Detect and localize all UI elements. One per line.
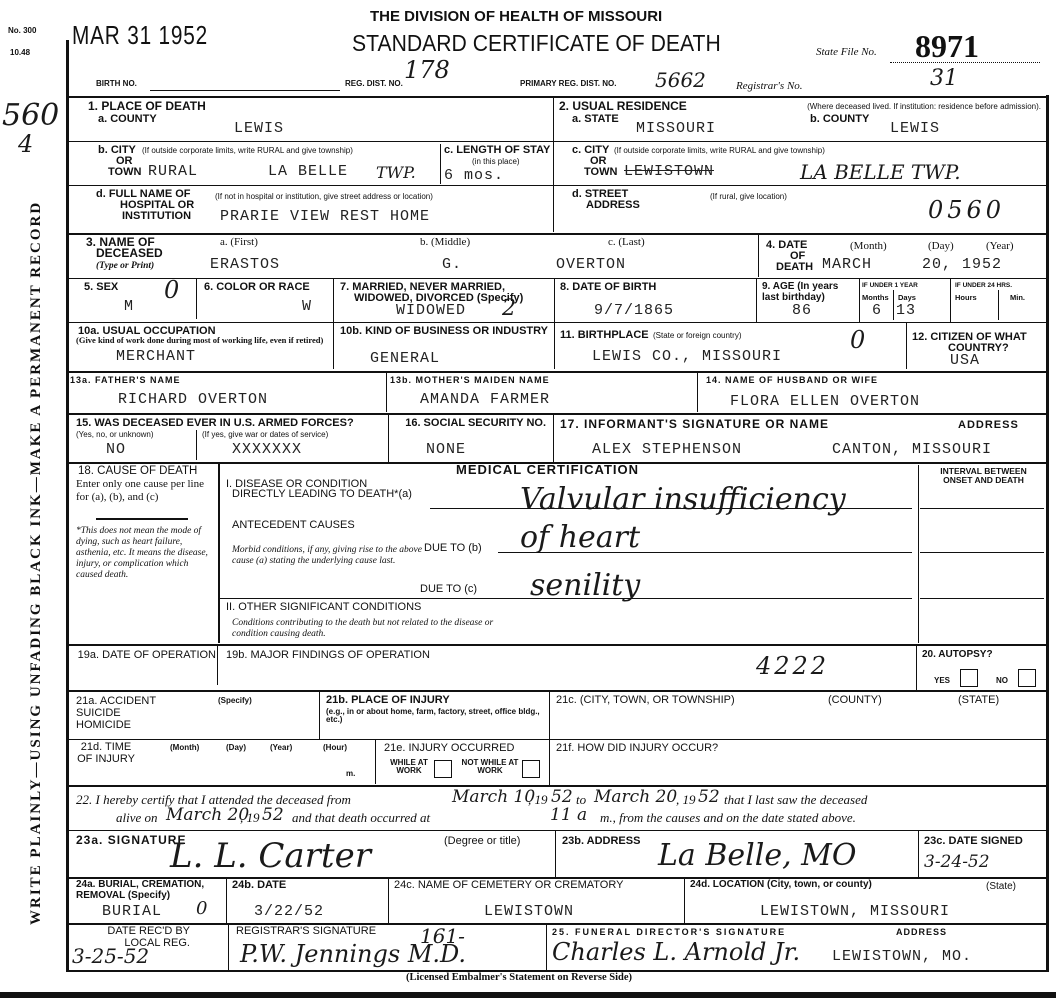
rule: [66, 690, 1049, 692]
injury-time-year: (Year): [270, 744, 292, 752]
burial-code: 0: [196, 898, 207, 919]
interval-line: [920, 552, 1044, 553]
cert-alive-year: 52: [262, 805, 284, 825]
rule: [333, 322, 1046, 323]
autopsy-yes-label: YES: [934, 677, 950, 685]
margin-instruction: WRITE PLAINLY—USING UNFADING BLACK INK—M…: [28, 201, 45, 925]
divider: [226, 878, 227, 924]
autopsy-no-label: NO: [996, 677, 1008, 685]
divider: [893, 290, 894, 320]
informant-name: ALEX STEPHENSON: [592, 441, 742, 458]
rule: [66, 322, 336, 323]
header-rule: [66, 96, 1049, 98]
margin-note-top: 560: [2, 98, 59, 133]
part1-label-2: DIRECTLY LEADING TO DEATH*(a): [232, 489, 412, 501]
rule: [96, 518, 188, 520]
cause-a: Valvular insufficiency: [520, 482, 846, 517]
ssn-label: 16. SOCIAL SECURITY NO.: [398, 418, 546, 430]
hospital-name: PRARIE VIEW REST HOME: [220, 208, 430, 225]
name-label-3: (Type or Print): [96, 261, 154, 272]
physician-signature: L. L. Carter: [170, 836, 371, 876]
birthplace-code: 0: [850, 326, 865, 354]
rule: [66, 739, 1049, 740]
while-work-label: WHILE AT WORK: [384, 759, 434, 776]
marital-status: WIDOWED: [396, 302, 466, 319]
res-street-note: (If rural, give location): [710, 193, 787, 201]
res-state-label: a. STATE: [572, 114, 619, 126]
part2-label: II. OTHER SIGNIFICANT CONDITIONS: [226, 602, 421, 614]
divider: [440, 144, 441, 184]
director-label: 25. FUNERAL DIRECTOR'S SIGNATURE: [552, 928, 786, 937]
date-signed: 3-24-52: [924, 852, 990, 872]
divider: [950, 279, 951, 323]
date-signed-label: 23c. DATE SIGNED: [924, 836, 1023, 848]
rule: [66, 830, 1049, 831]
division-title: THE DIVISION OF HEALTH OF MISSOURI: [370, 8, 662, 25]
rule: [66, 233, 1049, 235]
res-code-hw: 0560: [928, 196, 1005, 224]
sex-label: 5. SEX: [84, 282, 118, 294]
name-label-2: DECEASED: [96, 247, 163, 260]
injury-occurred-label: 21e. INJURY OCCURRED: [384, 743, 514, 755]
state-file-number: 8971: [915, 28, 979, 65]
mother-label: 13b. MOTHER'S MAIDEN NAME: [390, 376, 550, 385]
divider: [553, 96, 554, 232]
place-stay: 6 mos.: [444, 167, 504, 184]
place-of-death-heading: 1. PLACE OF DEATH: [88, 100, 206, 113]
days-label: Days: [898, 294, 916, 302]
line-b: [498, 552, 912, 553]
reg-dist-number: 178: [404, 56, 450, 84]
registrar-sig-label: REGISTRAR'S SIGNATURE: [236, 926, 376, 938]
cert-line2-a: alive on: [116, 811, 158, 826]
injury-time-month: (Month): [170, 744, 199, 752]
divider: [386, 372, 387, 412]
divider: [756, 279, 757, 323]
county-label: a. COUNTY: [98, 114, 157, 126]
divider: [319, 691, 320, 739]
op-date-label: 19a. DATE OF OPERATION: [76, 650, 216, 662]
rule: [66, 141, 553, 142]
not-while-work-label: NOT WHILE AT WORK: [458, 759, 522, 776]
middle-name: G.: [442, 256, 462, 273]
cemetery-label: 24c. NAME OF CEMETERY OR CREMATORY: [394, 880, 623, 892]
dod-label-3: DEATH: [776, 262, 813, 274]
primary-reg-number: 5662: [655, 68, 706, 92]
divider: [554, 279, 555, 323]
cause-label: 18. CAUSE OF DEATH: [78, 465, 197, 477]
accident-specify: (Specify): [218, 697, 252, 705]
state-file-label: State File No.: [816, 46, 877, 59]
autopsy-label: 20. AUTOPSY?: [922, 650, 993, 661]
middle-name-label: b. (Middle): [420, 236, 470, 249]
interval-divider: [918, 465, 919, 643]
rule: [66, 371, 1049, 373]
place-township-hw: TWP.: [376, 163, 416, 182]
injury-state-label: (STATE): [958, 695, 999, 707]
informant-label: 17. INFORMANT'S SIGNATURE OR NAME: [560, 418, 829, 431]
part2-note: Conditions contributing to the death but…: [232, 618, 522, 640]
dod-day-label: (Day): [928, 240, 954, 253]
burial-location-label: 24d. LOCATION (City, town, or county): [690, 880, 872, 891]
filed-stamp: MAR 31 1952: [72, 20, 208, 51]
burial-location: LEWISTOWN, MISSOURI: [760, 903, 950, 920]
divider: [217, 645, 218, 685]
social-security: NONE: [426, 441, 466, 458]
divider: [218, 463, 220, 643]
cert-to-date: March 20: [594, 787, 677, 807]
res-city-note: (If outside corporate limits, write RURA…: [614, 147, 825, 155]
cert-from-date: March 10: [452, 787, 535, 807]
injury-time-hour: (Hour): [323, 744, 347, 752]
autopsy-no-checkbox[interactable]: [1018, 669, 1036, 687]
age: 86: [792, 302, 812, 319]
accident-label: 21a. ACCIDENT SUICIDE HOMICIDE: [76, 695, 156, 731]
business: GENERAL: [370, 350, 440, 367]
rule: [553, 185, 1046, 186]
burial-date: 3/22/52: [254, 903, 324, 920]
address-label: 23b. ADDRESS: [562, 836, 640, 848]
cause-note: Enter only one cause per line for (a), (…: [76, 478, 216, 503]
cert-alive-date: March 20: [166, 805, 249, 825]
father-name: RICHARD OVERTON: [118, 391, 268, 408]
cause-footnote: *This does not mean the mode of dying, s…: [76, 526, 216, 581]
mother-name: AMANDA FARMER: [420, 391, 550, 408]
registrar-no-label: Registrar's No.: [736, 80, 803, 93]
divider: [196, 279, 197, 319]
cert-alive-19: , 19: [240, 811, 260, 826]
divider: [906, 323, 907, 369]
armed-forces: NO: [106, 441, 126, 458]
divider: [555, 831, 556, 877]
interval-label: INTERVAL BETWEEN ONSET AND DEATH: [926, 467, 1041, 485]
months: 6: [872, 302, 882, 319]
last-name-label: c. (Last): [608, 236, 645, 249]
hospital-note: (If not in hospital or institution, give…: [215, 193, 433, 201]
burial-location-state-label: (State): [986, 882, 1016, 893]
divider: [697, 372, 698, 412]
cause-b: of heart: [520, 520, 640, 555]
cert-line2-b: and that death occurred at: [292, 811, 430, 826]
res-county-label: b. COUNTY: [810, 114, 869, 126]
days: 13: [896, 302, 916, 319]
injury-time-day: (Day): [226, 744, 246, 752]
informant-address-label: ADDRESS: [958, 420, 1019, 432]
place-county: LEWIS: [234, 120, 284, 137]
registrar-signature: P.W. Jennings M.D.: [240, 940, 466, 968]
business-label: 10b. KIND OF BUSINESS OR INDUSTRY: [340, 326, 550, 338]
while-work-checkbox[interactable]: [434, 760, 452, 778]
under-1-label: IF UNDER 1 YEAR: [862, 283, 918, 290]
divider: [228, 924, 229, 970]
director-signature: Charles L. Arnold Jr.: [552, 938, 800, 966]
margin-note-bottom: 4: [18, 130, 33, 158]
race-label: 6. COLOR OR RACE: [204, 282, 310, 294]
hours-label: Hours: [955, 294, 977, 302]
date-received: 3-25-52: [72, 944, 149, 968]
burial-type: BURIAL: [102, 903, 162, 920]
res-state: MISSOURI: [636, 120, 716, 137]
city-town: TOWN: [108, 167, 141, 179]
injury-location-label: 21c. (CITY, TOWN, OR TOWNSHIP): [556, 695, 735, 707]
antecedent-note: Morbid conditions, if any, giving rise t…: [232, 545, 422, 567]
date-of-birth: 9/7/1865: [594, 302, 674, 319]
occupation: MERCHANT: [116, 348, 196, 365]
cert-from-year: 52: [551, 787, 573, 807]
first-name-label: a. (First): [220, 236, 258, 249]
spouse-name: FLORA ELLEN OVERTON: [730, 393, 920, 410]
degree-label: (Degree or title): [444, 836, 520, 848]
page-edge: [0, 992, 1056, 998]
cert-from-19: , 19: [528, 793, 548, 808]
line-a: [430, 508, 912, 509]
injury-place-note: (e.g., in or about home, farm, factory, …: [326, 708, 546, 725]
due-b-label: DUE TO (b): [424, 543, 482, 555]
informant-address: CANTON, MISSOURI: [832, 441, 992, 458]
res-street-label-2: ADDRESS: [586, 200, 640, 212]
rule: [66, 923, 1049, 925]
armed-service: XXXXXXX: [232, 441, 302, 458]
place-city: RURAL: [148, 163, 198, 180]
cert-time: 11 a: [550, 805, 587, 825]
frame-right: [1046, 95, 1049, 970]
injury-county-label: (COUNTY): [828, 695, 882, 707]
birth-no-line: [150, 90, 340, 91]
occupation-note: (Give kind of work done during most of w…: [76, 336, 331, 346]
injury-time-label: 21d. TIME OF INJURY: [76, 742, 136, 765]
cert-to-year: 52: [698, 787, 720, 807]
injury-how-label: 21f. HOW DID INJURY OCCUR?: [556, 743, 718, 755]
dod-month-label: (Month): [850, 240, 887, 253]
cert-line2-c: m., from the causes and on the date stat…: [600, 811, 856, 826]
director-address: LEWISTOWN, MO.: [832, 948, 972, 965]
divider: [388, 878, 389, 924]
rule: [66, 278, 1049, 279]
rule: [553, 141, 1046, 142]
birthplace: LEWIS CO., MISSOURI: [592, 348, 782, 365]
last-name: OVERTON: [556, 256, 626, 273]
stay-note: (in this place): [472, 158, 520, 166]
residence-heading: 2. USUAL RESIDENCE: [559, 100, 687, 113]
cert-line1-b: that I last saw the deceased: [724, 793, 867, 808]
cert-to-19: , 19: [676, 793, 696, 808]
armed-note-a: (Yes, no, or unknown): [76, 431, 154, 439]
divider: [333, 279, 334, 369]
birthplace-label: 11. BIRTHPLACE: [560, 330, 649, 342]
interval-line: [920, 598, 1044, 599]
months-label: Months: [862, 294, 889, 302]
embalmer-note: (Licensed Embalmer's Statement on Revers…: [406, 972, 632, 984]
op-code: 4222: [756, 652, 829, 680]
divider: [998, 290, 999, 320]
not-while-work-checkbox[interactable]: [522, 760, 540, 778]
rule: [66, 413, 1049, 415]
line-c: [220, 598, 912, 599]
hospital-label-3: INSTITUTION: [122, 211, 191, 223]
under-24-label: IF UNDER 24 HRS.: [955, 283, 1012, 290]
birth-no-label: BIRTH NO.: [96, 80, 137, 88]
primary-reg-label: PRIMARY REG. DIST. NO.: [520, 80, 616, 88]
sex-code: 0: [164, 276, 179, 304]
race: W: [302, 298, 312, 315]
antecedent-label: ANTECEDENT CAUSES: [232, 520, 355, 532]
spouse-label: 14. NAME OF HUSBAND OR WIFE: [706, 376, 878, 385]
form-revision: 10.48: [10, 48, 30, 57]
divider: [918, 831, 919, 877]
divider: [549, 691, 550, 785]
residence-note: (Where deceased lived. If institution: r…: [746, 103, 1041, 111]
marital-code: 2: [502, 296, 516, 321]
director-address-label: ADDRESS: [896, 928, 947, 937]
divider: [554, 323, 555, 369]
physician-address: La Belle, MO: [658, 838, 856, 873]
divider: [916, 645, 917, 691]
stay-label: c. LENGTH OF STAY: [444, 145, 550, 157]
city-note: (If outside corporate limits, write RURA…: [142, 147, 353, 155]
age-label: 9. AGE (In years last birthday): [762, 282, 858, 303]
divider: [388, 414, 389, 462]
injury-place-label: 21b. PLACE OF INJURY: [326, 695, 450, 707]
state-file-underline: [890, 62, 1040, 63]
cemetery: LEWISTOWN: [484, 903, 574, 920]
divider: [546, 924, 547, 970]
citizenship: USA: [950, 352, 980, 369]
divider: [859, 279, 860, 323]
due-c-label: DUE TO (c): [420, 584, 477, 596]
dob-label: 8. DATE OF BIRTH: [560, 282, 656, 294]
divider: [684, 878, 685, 924]
reg-dist-label: REG. DIST. NO.: [345, 80, 403, 88]
divider: [758, 235, 759, 277]
first-name: ERASTOS: [210, 256, 280, 273]
rule: [66, 185, 553, 186]
res-city-hw: LA BELLE TWP.: [800, 160, 961, 184]
injury-time-m: m.: [346, 770, 355, 778]
interval-line: [920, 508, 1044, 509]
place-township: LA BELLE: [268, 163, 348, 180]
medical-heading: MEDICAL CERTIFICATION: [456, 463, 639, 477]
divider: [196, 430, 197, 460]
sex: M: [124, 298, 134, 315]
armed-note-b: (If yes, give war or dates of service): [202, 431, 328, 439]
res-city-town: TOWN: [584, 167, 617, 179]
res-county: LEWIS: [890, 120, 940, 137]
father-label: 13a. FATHER'S NAME: [70, 376, 181, 385]
page-title: STANDARD CERTIFICATE OF DEATH: [352, 30, 721, 57]
res-city-struck: LEWISTOWN: [624, 163, 714, 180]
form-number: No. 300: [8, 26, 36, 35]
op-findings-label: 19b. MAJOR FINDINGS OF OPERATION: [226, 650, 430, 662]
birthplace-note: (State or foreign country): [653, 332, 741, 340]
armed-label: 15. WAS DECEASED EVER IN U.S. ARMED FORC…: [76, 418, 354, 430]
divider: [375, 740, 376, 784]
date-of-death: MARCH 20, 1952: [822, 256, 1002, 273]
burial-date-label: 24b. DATE: [232, 880, 286, 892]
registrar-number: 31: [930, 66, 958, 91]
min-label: Min.: [1010, 294, 1025, 302]
rule: [66, 644, 1049, 646]
autopsy-yes-checkbox[interactable]: [960, 669, 978, 687]
divider: [553, 414, 554, 462]
dod-year-label: (Year): [986, 240, 1014, 253]
